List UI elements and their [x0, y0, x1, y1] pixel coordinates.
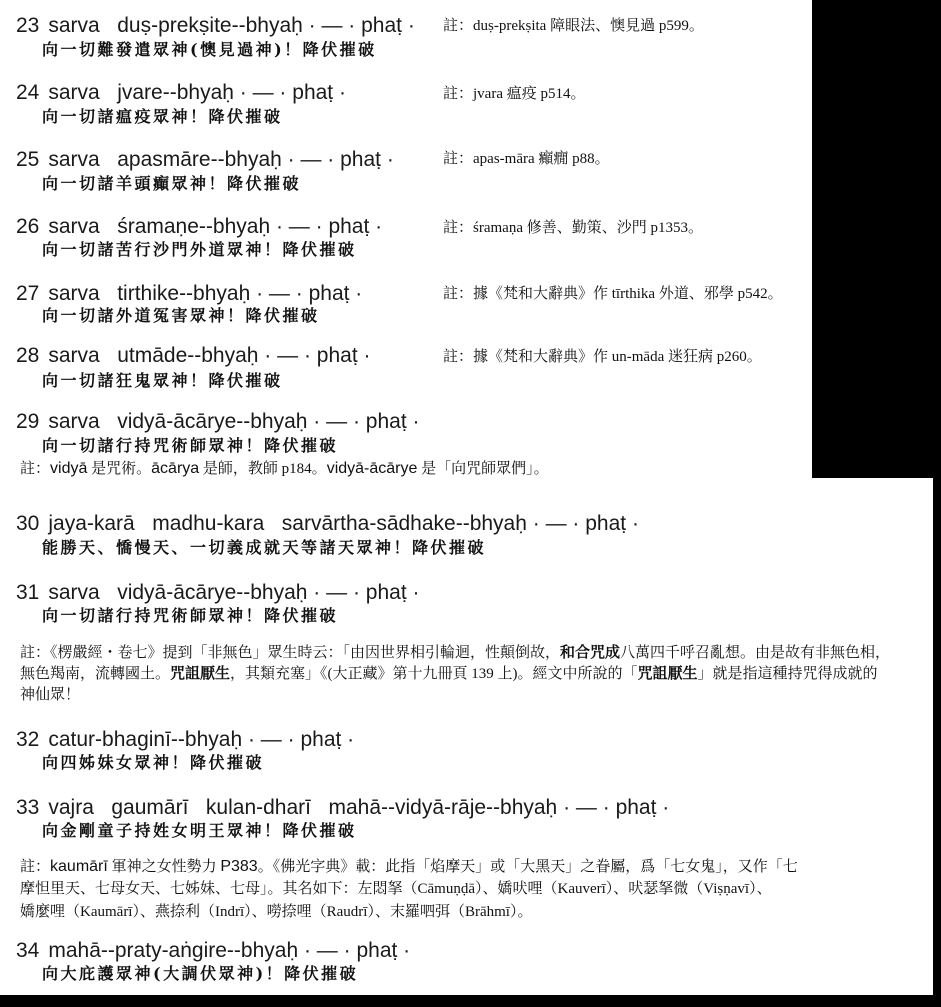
entry-27-mantra-line: 27sarva tirthike--bhyaḥ · — · phaṭ · [16, 281, 362, 306]
entry-25-number: 25 [16, 147, 39, 172]
entry-25-note: 註：apas-māra 癲癇 p88。 [443, 150, 610, 169]
entry-33-note-line-3: 嬌麼哩（Kaumārī）、燕捺利（Indrī）、嘮捺哩（Raudrī）、末羅呬弭… [20, 903, 925, 922]
entry-23-mantra-line: 23sarva duṣ-prekṣite--bhyaḥ · — · phaṭ · [16, 13, 415, 38]
entry-29-mantra-line: 29sarva vidyā-ācārye--bhyaḥ · — · phaṭ · [16, 409, 420, 434]
entry-25-mantra-line: 25sarva apasmāre--bhyaḥ · — · phaṭ · [16, 147, 394, 172]
entry-34-number: 34 [16, 938, 39, 963]
entry-27-latin-text: sarva tirthike--bhyaḥ · — · phaṭ · [48, 282, 362, 305]
entry-31-number: 31 [16, 580, 39, 605]
entry-28-mantra-line: 28sarva utmāde--bhyaḥ · — · phaṭ · [16, 343, 371, 368]
entry-23-note: 註：duṣ-prekṣita 障眼法、懊見過 p599。 [443, 17, 704, 36]
entry-29-translation: 向一切諸行持咒術師眾神！降伏摧破 [42, 436, 338, 456]
entry-29-note: 註：vidyā 是咒術。ācārya 是師，教師 p184。vidyā-ācār… [20, 459, 925, 479]
entry-26-number: 26 [16, 214, 39, 239]
entry-26-mantra-line: 26sarva śramaṇe--bhyaḥ · — · phaṭ · [16, 214, 382, 239]
entry-26-note: 註：śramaṇa 修善、勤策、沙門 p1353。 [443, 219, 703, 238]
entry-25-translation: 向一切諸羊頭癲眾神！降伏摧破 [42, 174, 301, 194]
entry-24-latin-text: sarva jvare--bhyaḥ · — · phaṭ · [48, 81, 346, 104]
entry-30-translation: 能勝天、憍慢天、一切義成就天等諸天眾神！降伏摧破 [42, 538, 486, 558]
entry-23-latin-text: sarva duṣ-prekṣite--bhyaḥ · — · phaṭ · [48, 14, 414, 37]
entry-26-latin-text: sarva śramaṇe--bhyaḥ · — · phaṭ · [48, 215, 382, 238]
entry-34-latin-text: mahā--praty-aṅgire--bhyaḥ · — · phaṭ · [48, 939, 410, 962]
entry-29-number: 29 [16, 409, 39, 434]
entry-33-mantra-line: 33vajra gaumārī kulan-dharī mahā--vidyā-… [16, 795, 669, 820]
entry-33-note-line-1: 註：kaumārī 軍神之女性勢力 P383。《佛光字典》載：此指「焰摩天」或「… [20, 857, 925, 877]
entry-28-note: 註：據《梵和大辭典》作 un-māda 迷狂病 p260。 [443, 348, 762, 367]
entry-23-number: 23 [16, 13, 39, 38]
scanned-document-page: 23sarva duṣ-prekṣite--bhyaḥ · — · phaṭ ·… [0, 0, 941, 1007]
entry-24-translation: 向一切諸瘟疫眾神！降伏摧破 [42, 107, 283, 127]
entry-30-latin-text: jaya-karā madhu-kara sarvārtha-sādhake--… [48, 512, 639, 535]
entry-32-latin-text: catur-bhaginī--bhyaḥ · — · phaṭ · [48, 728, 354, 751]
entry-24-mantra-line: 24sarva jvare--bhyaḥ · — · phaṭ · [16, 80, 346, 105]
entry-31-mantra-line: 31sarva vidyā-ācārye--bhyaḥ · — · phaṭ · [16, 580, 420, 605]
paper-upper-region [0, 0, 812, 478]
entry-31-note-line-1: 註：《楞嚴經・卷七》提到「非無色」眾生時云：「由因世界相引輪迴，性顛倒故，和合咒… [20, 644, 925, 663]
entry-27-number: 27 [16, 281, 39, 306]
entry-26-translation: 向一切諸苦行沙門外道眾神！降伏摧破 [42, 240, 357, 260]
entry-28-translation: 向一切諸狂鬼眾神！降伏摧破 [42, 371, 283, 391]
entry-32-number: 32 [16, 727, 39, 752]
entry-33-latin-text: vajra gaumārī kulan-dharī mahā--vidyā-rā… [48, 796, 669, 819]
entry-30-mantra-line: 30jaya-karā madhu-kara sarvārtha-sādhake… [16, 511, 639, 536]
entry-24-note: 註：jvara 瘟疫 p514。 [443, 85, 585, 104]
entry-32-mantra-line: 32catur-bhaginī--bhyaḥ · — · phaṭ · [16, 727, 354, 752]
entry-34-translation: 向大庇護眾神(大調伏眾神)！降伏摧破 [42, 964, 358, 984]
entry-30-number: 30 [16, 511, 39, 536]
entry-23-translation: 向一切難發遣眾神(懊見過神)！降伏摧破 [42, 40, 377, 60]
entry-33-translation: 向金剛童子持姓女明王眾神！降伏摧破 [42, 821, 357, 841]
entry-31-note-line-2: 無色羯南，流轉國土。咒詛厭生，其類充塞」《(大正藏》第十九冊頁 139 上)。經… [20, 665, 925, 684]
entry-27-translation: 向一切諸外道冤害眾神！降伏摧破 [42, 306, 320, 326]
entry-27-note: 註：據《梵和大辭典》作 tīrthika 外道、邪學 p542。 [443, 285, 783, 304]
entry-25-latin-text: sarva apasmāre--bhyaḥ · — · phaṭ · [48, 148, 393, 171]
entry-31-translation: 向一切諸行持咒術師眾神！降伏摧破 [42, 606, 338, 626]
entry-24-number: 24 [16, 80, 39, 105]
entry-28-latin-text: sarva utmāde--bhyaḥ · — · phaṭ · [48, 344, 370, 367]
entry-33-note-line-2: 摩怛里天、七母女天、七姊妹、七母」。其名如下：左悶拏（Cāmuṇḍā）、嬌吠哩（… [20, 880, 925, 899]
entry-29-latin-text: sarva vidyā-ācārye--bhyaḥ · — · phaṭ · [48, 410, 419, 433]
entry-34-mantra-line: 34mahā--praty-aṅgire--bhyaḥ · — · phaṭ · [16, 938, 410, 963]
entry-33-number: 33 [16, 795, 39, 820]
entry-28-number: 28 [16, 343, 39, 368]
entry-31-latin-text: sarva vidyā-ācārye--bhyaḥ · — · phaṭ · [48, 581, 419, 604]
entry-31-note-line-3: 神仙眾！ [20, 686, 925, 705]
entry-32-translation: 向四姊妹女眾神！降伏摧破 [42, 753, 264, 773]
